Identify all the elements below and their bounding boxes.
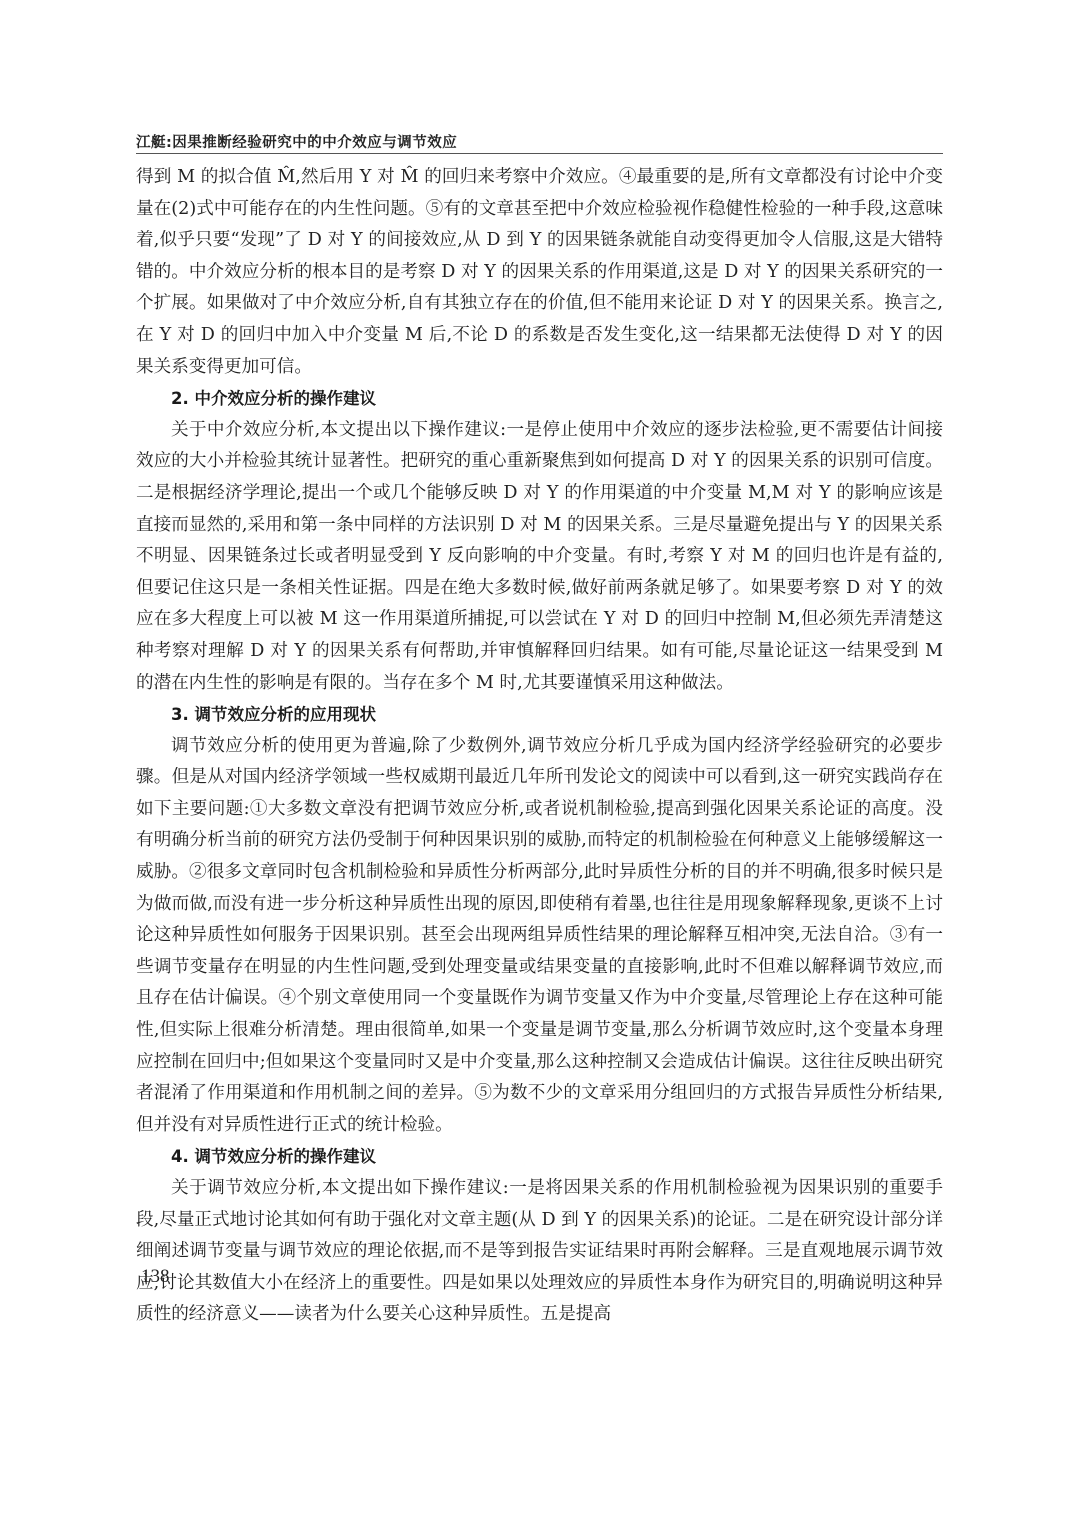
page-number: 138 [141,1266,170,1288]
running-header-title: 江艇:因果推断经验研究中的中介效应与调节效应 [136,131,943,152]
section-heading-3: 3. 调节效应分析的应用现状 [136,699,943,731]
section-heading-4: 4. 调节效应分析的操作建议 [136,1141,943,1173]
paragraph-continuation: 得到 M 的拟合值 M̂,然后用 Y 对 M̂ 的回归来考察中介效应。④最重要的… [136,162,943,383]
paragraph-mediation-advice: 关于中介效应分析,本文提出以下操作建议:一是停止使用中介效应的逐步法检验,更不需… [136,415,943,699]
paragraph-moderation-advice: 关于调节效应分析,本文提出如下操作建议:一是将因果关系的作用机制检验视为因果识别… [136,1173,943,1331]
section-heading-2: 2. 中介效应分析的操作建议 [136,383,943,415]
header-rule [136,153,943,154]
paragraph-moderation-status: 调节效应分析的使用更为普遍,除了少数例外,调节效应分析几乎成为国内经济学经验研究… [136,731,943,1142]
body-text: 得到 M 的拟合值 M̂,然后用 Y 对 M̂ 的回归来考察中介效应。④最重要的… [136,162,943,1331]
